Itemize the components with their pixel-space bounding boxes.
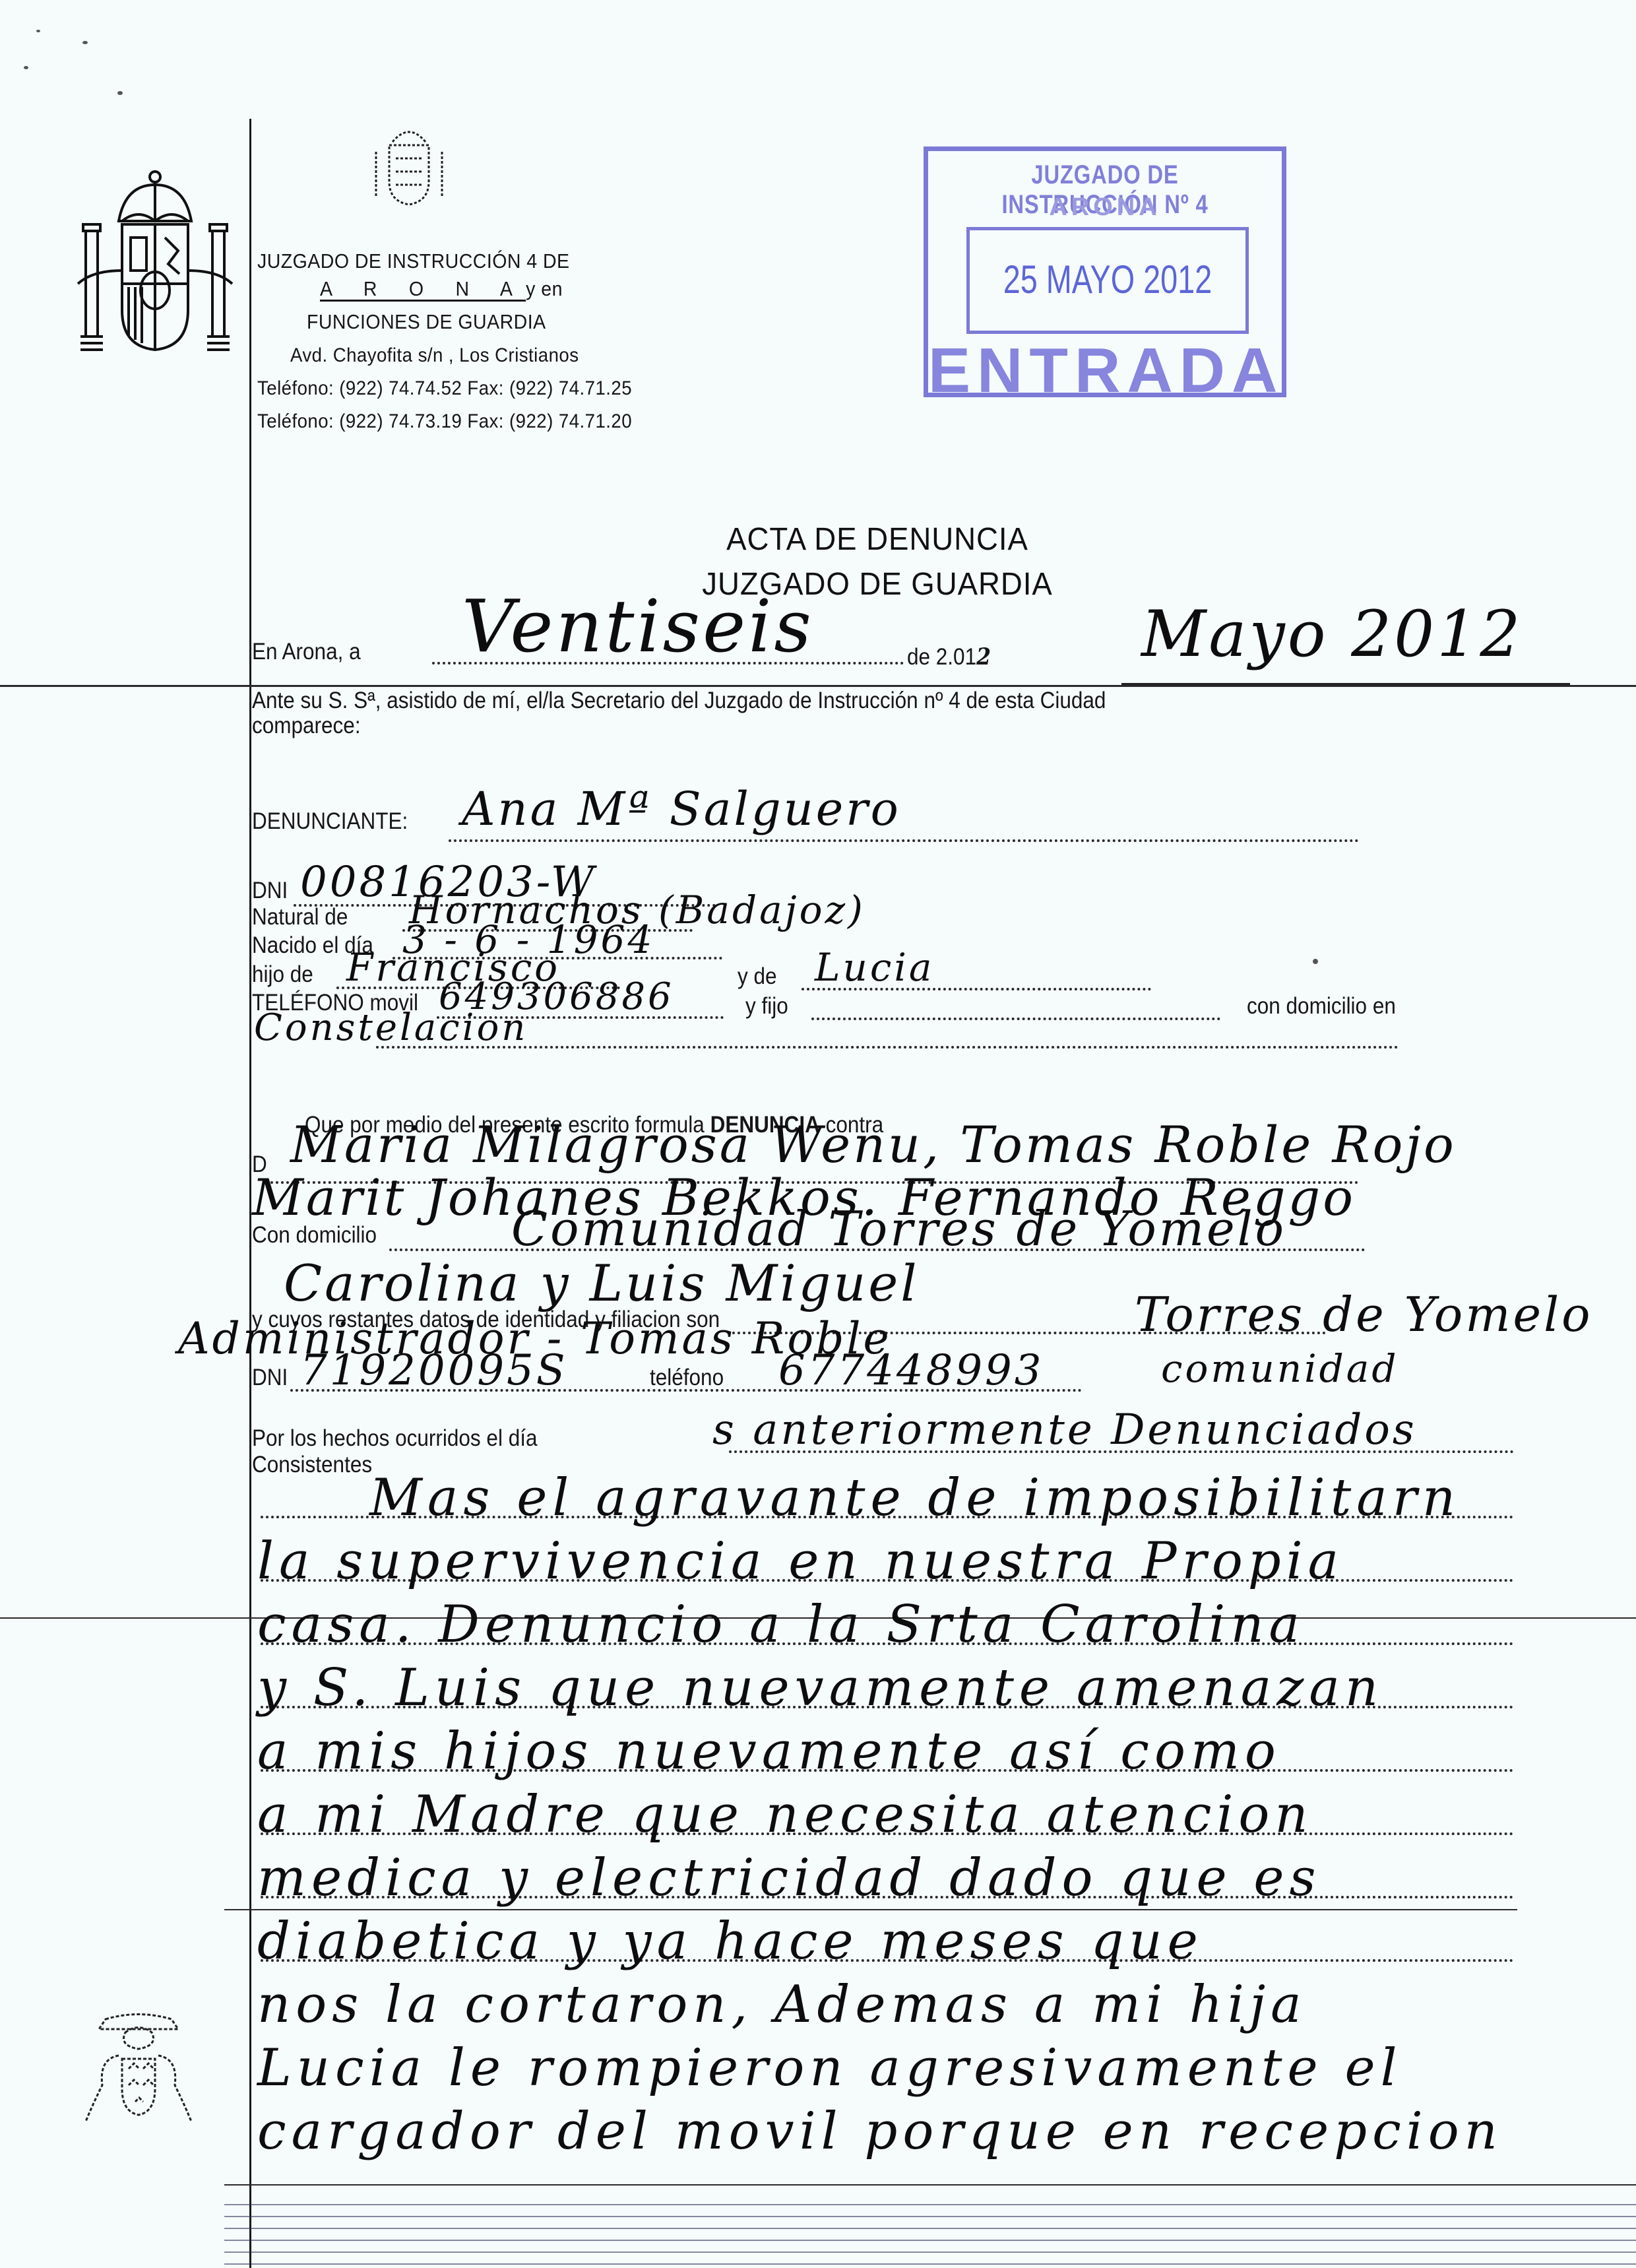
entrada-stamp: JUZGADO DE INSTRUCCIÓN Nº 4 ARONA 25 MAY… [924, 146, 1286, 397]
accused-domicile-line-1[interactable]: Comunidad Torres de Yomelo [511, 1201, 1286, 1256]
court-phone-line-2: Teléfono: (922) 74.73.19 Fax: (922) 74.7… [257, 410, 632, 433]
accused-telefono-label: teléfono [650, 1365, 724, 1391]
court-city-line: A R O N Ay en [320, 277, 563, 301]
accused-dni-label: DNI [252, 1365, 288, 1391]
y-de-label: y de [738, 963, 777, 990]
spain-small-emblem-icon [369, 119, 449, 211]
court-function-line: FUNCIONES DE GUARDIA [307, 310, 546, 334]
fijo-label: y fijo [745, 993, 788, 1020]
facts-line[interactable]: casa. Denuncio a la Srta Carolina [257, 1595, 1305, 1654]
court-address: Avd. Chayofita s/n , Los Cristianos [290, 344, 579, 367]
facts-line[interactable]: Mas el agravante de imposibilitarn [369, 1468, 1461, 1528]
court-phone-line-1: Teléfono: (922) 74.74.52 Fax: (922) 74.7… [257, 377, 632, 400]
facts-line[interactable]: nos la cortaron, Ademas a mi hija [257, 1975, 1307, 2034]
court-city-suffix: y en [526, 277, 563, 300]
accused-telefono-note[interactable]: comunidad [1161, 1346, 1399, 1391]
dni-label: DNI [252, 878, 288, 904]
accused-domicilio-label: Con domicilio [252, 1222, 377, 1248]
spain-coat-of-arms-icon [66, 158, 244, 356]
facts-line[interactable]: a mi Madre que necesita atencion [257, 1785, 1313, 1844]
accused-names-line-1[interactable]: Maria Milagrosa Wenu, Tomas Roble Rojo [290, 1115, 1457, 1174]
stamp-date-box: 25 MAYO 2012 [966, 227, 1249, 334]
accused-dni-value[interactable]: 71920095S [300, 1346, 568, 1395]
date-prefix-label: En Arona, a [252, 639, 361, 665]
hijo-label: hijo de [252, 961, 313, 988]
date-day-handwritten[interactable]: Ventiseis [462, 584, 814, 668]
intro-line-1: Ante su S. Sª, asistido de mí, el/la Sec… [252, 688, 1106, 714]
date-year-prefix: de 2.01 [907, 644, 976, 670]
facts-line[interactable]: la supervivencia en nuestra Propia [257, 1532, 1344, 1591]
facts-line[interactable]: diabetica y ya hace meses que [257, 1912, 1203, 1971]
page-margin-line [249, 119, 251, 2268]
scan-rule [224, 2184, 1636, 2186]
scan-rule [0, 685, 1636, 687]
accused-telefono-value[interactable]: 677448993 [778, 1346, 1044, 1395]
natural-label: Natural de [252, 904, 348, 930]
restantes-line-1[interactable]: Torres de Yomelo [1135, 1287, 1593, 1342]
scan-noise-lines [224, 2197, 1636, 2268]
signature-underline [1121, 683, 1570, 685]
stamp-city: ARONA [928, 193, 1282, 222]
date-year-label: de 2.012 [907, 643, 991, 670]
facts-line[interactable]: cargador del movil porque en recepcion [257, 2102, 1503, 2161]
consistentes-label: Consistentes [252, 1452, 372, 1478]
mother-value[interactable]: Lucia [815, 945, 934, 990]
canary-islands-coat-of-arms-icon [79, 2006, 198, 2131]
facts-line[interactable]: y S. Luis que nuevamente amenazan [257, 1658, 1383, 1718]
denunciante-name[interactable]: Ana Mª Salguero [462, 782, 901, 836]
document-title: ACTA DE DENUNCIA [596, 521, 1160, 558]
facts-dia-label: Por los hechos ocurridos el día [252, 1425, 537, 1452]
stamp-entrada-label: ENTRADA [928, 339, 1282, 403]
denunciante-label: DENUNCIANTE: [252, 808, 408, 835]
facts-line[interactable]: a mis hijos nuevamente así como [257, 1722, 1281, 1781]
facts-dia-value[interactable]: s anteriormente Denunciados [712, 1406, 1417, 1454]
court-city: A R O N A [320, 277, 526, 300]
facts-line[interactable]: medica y electricidad dado que es [257, 1848, 1321, 1908]
accused-domicile-line-2[interactable]: Carolina y Luis Miguel [284, 1254, 920, 1312]
domicilio-label: con domicilio en [1247, 993, 1396, 1020]
intro-line-2: comparece: [252, 713, 361, 739]
court-name-line: JUZGADO DE INSTRUCCIÓN 4 DE [257, 249, 570, 273]
facts-line[interactable]: Lucia le rompieron agresivamente el [257, 2038, 1402, 2098]
date-year-handwritten: 2 [976, 643, 991, 670]
landline-field[interactable] [811, 1018, 1220, 1020]
date-month-year-handwritten[interactable]: Mayo 2012 [1141, 597, 1523, 671]
stamp-date: 25 MAYO 2012 [1000, 257, 1215, 302]
domicile-value[interactable]: Constelacion [254, 1006, 528, 1049]
scan-rule [224, 1909, 1517, 1910]
